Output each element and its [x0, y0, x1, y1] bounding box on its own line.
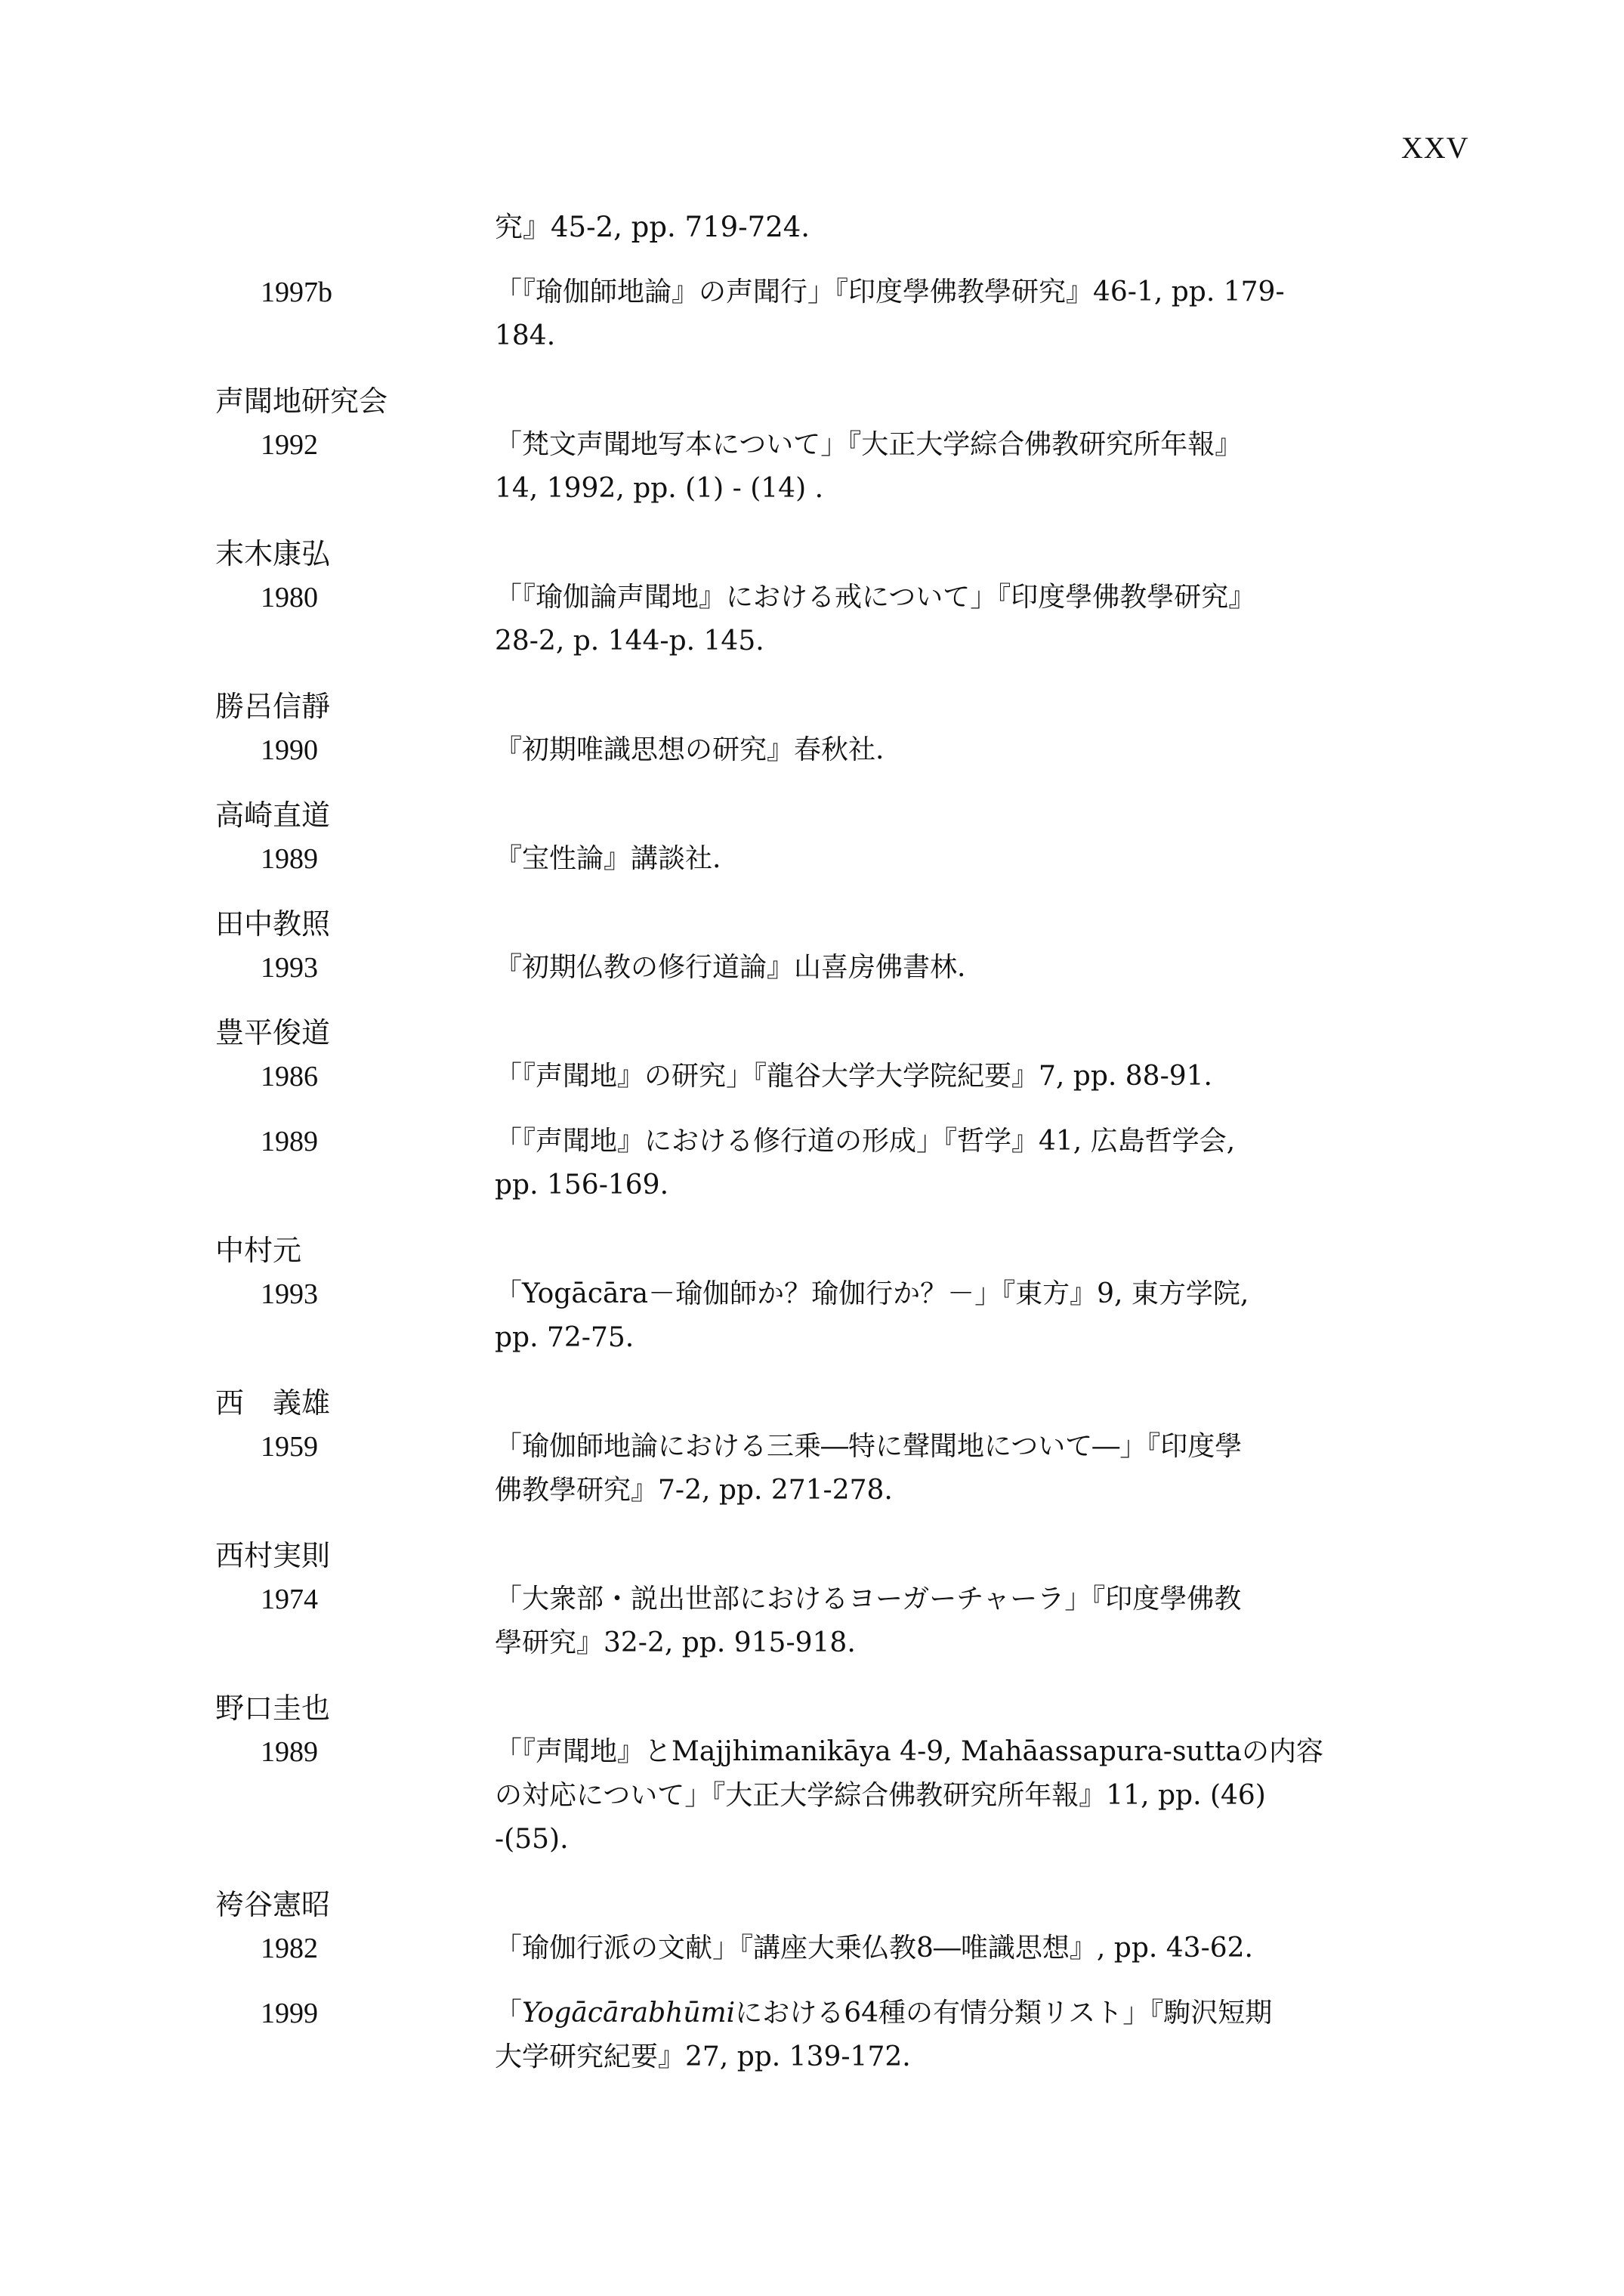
entry-text: 「瑜伽行派の文献」『講座大乗仏教8―唯識思想』, pp. 43-62. [495, 1927, 1431, 1970]
entry-year: 1989 [261, 1730, 495, 1774]
bibliography-entry: 1986 「『声聞地』の研究」『龍谷大学大学院紀要』7, pp. 88-91. [215, 1055, 1439, 1099]
entry-text: 「梵文声聞地写本について」『大正大学綜合佛教研究所年報』 14, 1992, p… [495, 423, 1431, 511]
entry-line: 28-2, p. 144-p. 145. [495, 620, 1431, 663]
author-block: 末木康弘 1980 「『瑜伽論声聞地』における戒について」『印度學佛教學研究』 … [215, 532, 1439, 663]
entry-year: 1989 [261, 837, 495, 881]
entry-text: 「『声聞地』とMajjhimanikāya 4-9, Mahāassapura-… [495, 1730, 1431, 1862]
author-name: 野口圭也 [215, 1686, 1439, 1730]
entry-line: 14, 1992, pp. (1) - (14) . [495, 467, 1431, 511]
author-name: 声聞地研究会 [215, 379, 1439, 423]
author-block: 豊平俊道 1986 「『声聞地』の研究」『龍谷大学大学院紀要』7, pp. 88… [215, 1011, 1439, 1207]
author-name: 中村元 [215, 1228, 1439, 1272]
entry-year: 1982 [261, 1927, 495, 1970]
entry-line: 「『声聞地』とMajjhimanikāya 4-9, Mahāassapura-… [495, 1730, 1431, 1774]
bibliography-entry: 1993 『初期仏教の修行道論』山喜房佛書林. [215, 946, 1439, 990]
bibliography-entry: 1974 「大衆部・説出世部におけるヨーガーチャーラ」『印度學佛教 學研究』32… [215, 1578, 1439, 1665]
entry-line: 『初期仏教の修行道論』山喜房佛書林. [495, 946, 1431, 990]
entry-line: 「『瑜伽師地論』の声聞行」『印度學佛教學研究』46-1, pp. 179- [495, 270, 1431, 314]
author-block: 高崎直道 1989 『宝性論』講談社. [215, 793, 1439, 881]
entry-line: 「瑜伽行派の文献」『講座大乗仏教8―唯識思想』, pp. 43-62. [495, 1927, 1431, 1970]
entry-text: 「『声聞地』における修行道の形成」『哲学』41, 広島哲学会, pp. 156-… [495, 1120, 1431, 1207]
entry-year: 1993 [261, 1272, 495, 1316]
entry-line: -(55). [495, 1818, 1431, 1862]
bracket-open: 「 [495, 1998, 522, 2029]
italic-title: Yogācārabhūmi [522, 1998, 735, 2029]
entry-year: 1990 [261, 728, 495, 772]
entry-line: 「『瑜伽論声聞地』における戒について」『印度學佛教學研究』 [495, 576, 1431, 620]
entry-line: 大学研究紀要』27, pp. 139-172. [495, 2035, 1431, 2079]
entry-text: 『初期唯識思想の研究』春秋社. [495, 728, 1431, 772]
entry-text: 『初期仏教の修行道論』山喜房佛書林. [495, 946, 1431, 990]
entry-text: 「大衆部・説出世部におけるヨーガーチャーラ」『印度學佛教 學研究』32-2, p… [495, 1578, 1431, 1665]
entry-year: 1986 [261, 1055, 495, 1099]
entry-text: 『宝性論』講談社. [495, 837, 1431, 881]
bibliography-entry: 1999 「Yogācārabhūmiにおける64種の有情分類リスト」『駒沢短期… [215, 1992, 1439, 2079]
entry-year: 1997b [261, 270, 495, 314]
author-block: 西 義雄 1959 「瑜伽師地論における三乗―特に聲聞地について―」『印度學 佛… [215, 1381, 1439, 1513]
entry-text: 「『声聞地』の研究」『龍谷大学大学院紀要』7, pp. 88-91. [495, 1055, 1431, 1099]
entry-line: 「瑜伽師地論における三乗―特に聲聞地について―」『印度學 [495, 1425, 1431, 1469]
bibliography-entry: 1997b 「『瑜伽師地論』の声聞行」『印度學佛教學研究』46-1, pp. 1… [215, 270, 1439, 358]
bibliography-entry: 1980 「『瑜伽論声聞地』における戒について」『印度學佛教學研究』 28-2,… [215, 576, 1439, 663]
entry-text: 「Yogācārabhūmiにおける64種の有情分類リスト」『駒沢短期 大学研究… [495, 1992, 1431, 2079]
bibliography-entry: 1989 「『声聞地』における修行道の形成」『哲学』41, 広島哲学会, pp.… [215, 1120, 1439, 1207]
author-name: 田中教照 [215, 902, 1439, 946]
entry-year: 1980 [261, 576, 495, 620]
entry-text: 「Yogācāra－瑜伽師か？瑜伽行か？－」『東方』9, 東方学院, pp. 7… [495, 1272, 1431, 1360]
bibliography-entry: 1982 「瑜伽行派の文献」『講座大乗仏教8―唯識思想』, pp. 43-62. [215, 1927, 1439, 1970]
entry-year: 1974 [261, 1578, 495, 1621]
entry-year: 1999 [261, 1992, 495, 2035]
entry-year: 1989 [261, 1120, 495, 1163]
author-block: 野口圭也 1989 「『声聞地』とMajjhimanikāya 4-9, Mah… [215, 1686, 1439, 1862]
author-block: 田中教照 1993 『初期仏教の修行道論』山喜房佛書林. [215, 902, 1439, 990]
entry-line: pp. 72-75. [495, 1316, 1431, 1360]
author-name: 西 義雄 [215, 1381, 1439, 1425]
entry-line: 「梵文声聞地写本について」『大正大学綜合佛教研究所年報』 [495, 423, 1431, 467]
author-name: 西村実則 [215, 1534, 1439, 1578]
bibliography-entry: 1992 「梵文声聞地写本について」『大正大学綜合佛教研究所年報』 14, 19… [215, 423, 1439, 511]
entry-line: pp. 156-169. [495, 1163, 1431, 1207]
bibliography-list: 究』45-2, pp. 719-724. 1997b 「『瑜伽師地論』の声聞行」… [215, 205, 1439, 2100]
entry-year: 1992 [261, 423, 495, 467]
entry-line: の対応について」『大正大学綜合佛教研究所年報』11, pp. (46) [495, 1774, 1431, 1818]
entry-line: 「『声聞地』における修行道の形成」『哲学』41, 広島哲学会, [495, 1120, 1431, 1163]
author-name: 勝呂信靜 [215, 684, 1439, 728]
entry-line: 「Yogācārabhūmiにおける64種の有情分類リスト」『駒沢短期 [495, 1992, 1431, 2035]
entry-year: 1959 [261, 1425, 495, 1469]
author-name: 豊平俊道 [215, 1011, 1439, 1055]
author-block: 中村元 1993 「Yogācāra－瑜伽師か？瑜伽行か？－」『東方』9, 東方… [215, 1228, 1439, 1360]
entry-text: 「瑜伽師地論における三乗―特に聲聞地について―」『印度學 佛教學研究』7-2, … [495, 1425, 1431, 1513]
author-block: 声聞地研究会 1992 「梵文声聞地写本について」『大正大学綜合佛教研究所年報』… [215, 379, 1439, 511]
bibliography-entry: 1959 「瑜伽師地論における三乗―特に聲聞地について―」『印度學 佛教學研究』… [215, 1425, 1439, 1513]
page-number: XXV [1401, 130, 1469, 165]
entry-line: 佛教學研究』7-2, pp. 271-278. [495, 1469, 1431, 1513]
bibliography-entry: 1993 「Yogācāra－瑜伽師か？瑜伽行か？－」『東方』9, 東方学院, … [215, 1272, 1439, 1360]
continuation-line: 究』45-2, pp. 719-724. [495, 205, 1439, 249]
entry-line: 『初期唯識思想の研究』春秋社. [495, 728, 1431, 772]
bibliography-entry: 1989 「『声聞地』とMajjhimanikāya 4-9, Mahāassa… [215, 1730, 1439, 1862]
entry-line: 學研究』32-2, pp. 915-918. [495, 1621, 1431, 1665]
entry-line-rest: における64種の有情分類リスト」『駒沢短期 [735, 1998, 1272, 2029]
entry-text: 「『瑜伽師地論』の声聞行」『印度學佛教學研究』46-1, pp. 179- 18… [495, 270, 1431, 358]
entry-year: 1993 [261, 946, 495, 990]
entry-line: 『宝性論』講談社. [495, 837, 1431, 881]
author-name: 高崎直道 [215, 793, 1439, 837]
bibliography-entry: 1990 『初期唯識思想の研究』春秋社. [215, 728, 1439, 772]
author-block: 西村実則 1974 「大衆部・説出世部におけるヨーガーチャーラ」『印度學佛教 學… [215, 1534, 1439, 1665]
entry-line: 「『声聞地』の研究」『龍谷大学大学院紀要』7, pp. 88-91. [495, 1055, 1431, 1099]
entry-line: 184. [495, 314, 1431, 358]
author-name: 末木康弘 [215, 532, 1439, 576]
author-block: 勝呂信靜 1990 『初期唯識思想の研究』春秋社. [215, 684, 1439, 772]
author-block: 袴谷憲昭 1982 「瑜伽行派の文献」『講座大乗仏教8―唯識思想』, pp. 4… [215, 1883, 1439, 2079]
author-name: 袴谷憲昭 [215, 1883, 1439, 1927]
entry-line: 「Yogācāra－瑜伽師か？瑜伽行か？－」『東方』9, 東方学院, [495, 1272, 1431, 1316]
entry-text: 「『瑜伽論声聞地』における戒について」『印度學佛教學研究』 28-2, p. 1… [495, 576, 1431, 663]
bibliography-entry: 1989 『宝性論』講談社. [215, 837, 1439, 881]
entry-line: 「大衆部・説出世部におけるヨーガーチャーラ」『印度學佛教 [495, 1578, 1431, 1621]
